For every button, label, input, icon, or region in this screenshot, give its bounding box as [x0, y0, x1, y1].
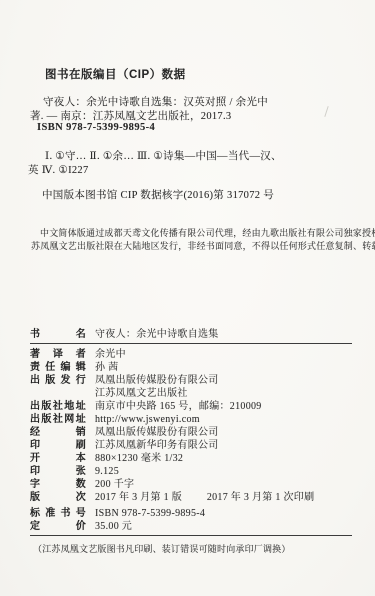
row-publisher-address-label: 出版社地址 — [30, 400, 86, 413]
printing-error-notice: （江苏凤凰文艺版图书凡印刷、装订错误可随时向承印厂调换） — [33, 542, 352, 555]
row-editor: 责任编辑 孙 茜 — [30, 361, 352, 374]
cip-classification-line-2: 英 Ⅳ. ①I227 — [28, 162, 89, 177]
row-publisher-address-value: 南京市中央路 165 号，邮编：210009 — [95, 400, 262, 413]
row-editor-value: 孙 茜 — [95, 361, 118, 374]
row-distributor-label: 经销 — [30, 426, 86, 439]
row-printer: 印刷 江苏凤凰新华印务有限公司 — [30, 439, 352, 452]
row-publisher-address: 出版社地址 南京市中央路 165 号，邮编：210009 — [30, 400, 352, 413]
impression-text: 2017 年 3 月第 1 次印刷 — [207, 492, 315, 503]
row-distributor-value: 凤凰出版传媒股份有限公司 — [95, 426, 219, 439]
row-publisher: 出版发行 凤凰出版传媒股份有限公司 江苏凤凰文艺出版社 — [30, 374, 352, 400]
row-isbn-label: 标准书号 — [30, 507, 86, 520]
row-format: 开本 880×1230 毫米 1/32 — [30, 452, 352, 465]
row-author-value: 余光中 — [95, 348, 126, 361]
row-price-label: 定价 — [30, 520, 86, 533]
row-book-title: 书名 守夜人：余光中诗歌自选集 — [30, 328, 352, 341]
row-sheets-label: 印张 — [30, 465, 86, 478]
row-editor-label: 责任编辑 — [30, 361, 86, 374]
row-edition-value: 2017 年 3 月第 1 版 2017 年 3 月第 1 次印刷 — [95, 491, 314, 504]
publisher-line-1: 凤凰出版传媒股份有限公司 — [95, 375, 219, 386]
row-price: 定价 35.00 元 — [30, 520, 352, 533]
row-publisher-website: 出版社网址 http://www.jswenyi.com — [30, 413, 352, 426]
row-publisher-value: 凤凰出版传媒股份有限公司 江苏凤凰文艺出版社 — [95, 374, 219, 400]
row-word-count: 字数 200 千字 — [30, 478, 352, 491]
row-format-value: 880×1230 毫米 1/32 — [95, 452, 183, 465]
row-isbn-value: ISBN 978-7-5399-9895-4 — [95, 507, 205, 520]
row-edition: 版次 2017 年 3 月第 1 版 2017 年 3 月第 1 次印刷 — [30, 491, 352, 504]
cip-isbn-line: ISBN 978-7-5399-9895-4 — [37, 122, 155, 133]
cip-record-line-1: 守夜人：余光中诗歌自选集：汉英对照 / 余光中 — [43, 94, 268, 109]
row-distributor: 经销 凤凰出版传媒股份有限公司 — [30, 426, 352, 439]
cip-record-line-2: 著. — 南京：江苏凤凰文艺出版社，2017.3 — [30, 108, 231, 123]
row-word-count-value: 200 千字 — [95, 478, 134, 491]
scan-artifact — [324, 106, 328, 117]
book-copyright-page: 图书在版编目（CIP）数据 守夜人：余光中诗歌自选集：汉英对照 / 余光中 著.… — [0, 0, 375, 596]
row-publisher-label: 出版发行 — [30, 374, 86, 400]
cip-classification-line-1: Ⅰ. ①守… Ⅱ. ①余… Ⅲ. ①诗集—中国—当代—汉、 — [45, 148, 282, 163]
edition-text: 2017 年 3 月第 1 版 — [95, 492, 182, 503]
row-sheets-value: 9.125 — [95, 465, 119, 478]
row-publisher-website-value: http://www.jswenyi.com — [95, 413, 200, 426]
cip-registry-line: 中国版本图书馆 CIP 数据核字(2016)第 317072 号 — [42, 187, 274, 202]
cip-heading: 图书在版编目（CIP）数据 — [45, 66, 186, 82]
row-book-title-label: 书名 — [30, 328, 86, 341]
colophon-table: 书名 守夜人：余光中诗歌自选集 著译者 余光中 责任编辑 孙 茜 出版发行 凤凰… — [30, 328, 352, 555]
row-printer-label: 印刷 — [30, 439, 86, 452]
row-book-title-value: 守夜人：余光中诗歌自选集 — [95, 328, 219, 341]
row-author-label: 著译者 — [30, 348, 86, 361]
row-word-count-label: 字数 — [30, 478, 86, 491]
license-notice-line-1: 中文简体版通过成都天鸢文化传播有限公司代理，经由九歌出版社有限公司独家授权江 — [40, 226, 375, 239]
row-format-label: 开本 — [30, 452, 86, 465]
row-publisher-website-label: 出版社网址 — [30, 413, 86, 426]
row-author: 著译者 余光中 — [30, 348, 352, 361]
license-notice-line-2: 苏凤凰文艺出版社限在大陆地区发行，非经书面同意，不得以任何形式任意复制、转载。 — [31, 239, 375, 252]
row-sheets: 印张 9.125 — [30, 465, 352, 478]
row-isbn: 标准书号 ISBN 978-7-5399-9895-4 — [30, 507, 352, 520]
row-price-value: 35.00 元 — [95, 520, 132, 533]
publisher-line-2: 江苏凤凰文艺出版社 — [95, 387, 219, 400]
row-printer-value: 江苏凤凰新华印务有限公司 — [95, 439, 219, 452]
row-edition-label: 版次 — [30, 491, 86, 504]
divider-bottom — [30, 535, 352, 536]
divider-top — [30, 343, 352, 344]
